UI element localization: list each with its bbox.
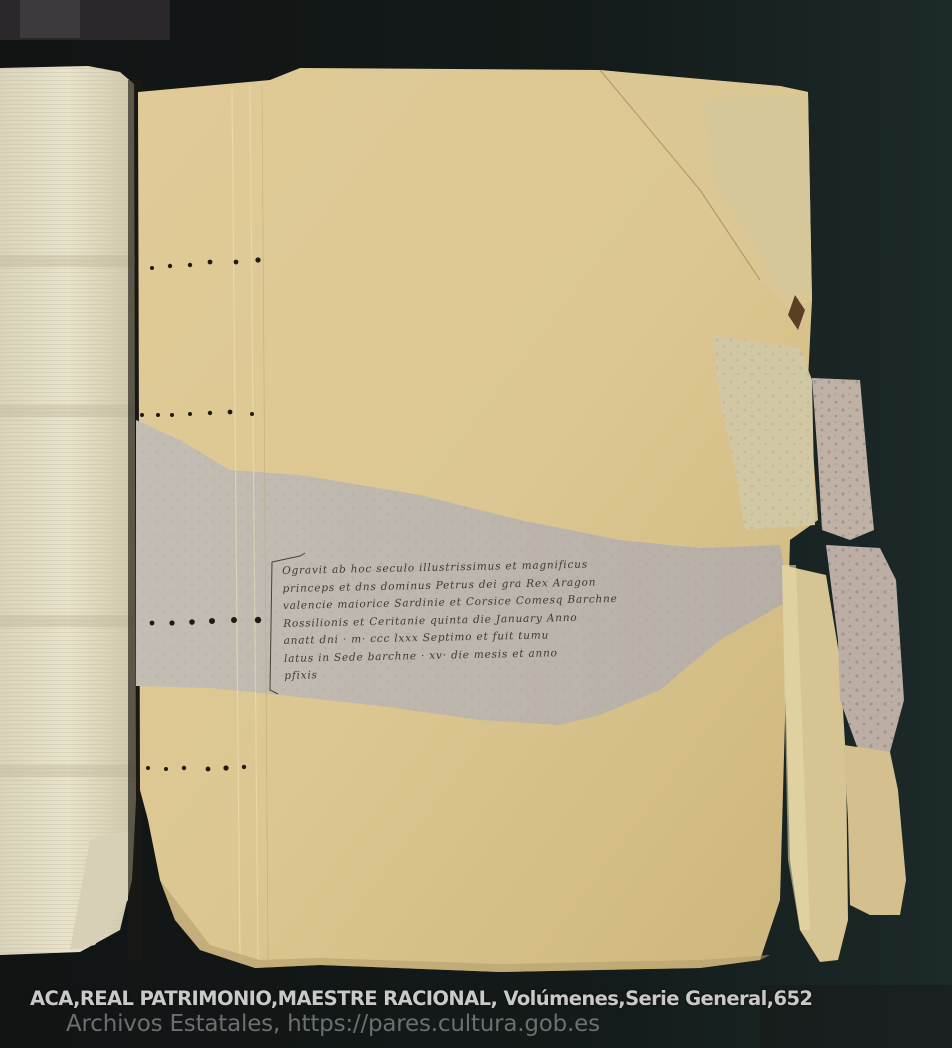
manuscript-illustration (0, 0, 952, 1048)
manuscript-photo (0, 0, 952, 1048)
caption: ACA,REAL PATRIMONIO,MAESTRE RACIONAL, Vo… (0, 985, 952, 1048)
archive-reference: ACA,REAL PATRIMONIO,MAESTRE RACIONAL, Vo… (30, 987, 812, 1010)
archive-source-watermark: Archivos Estatales, https://pares.cultur… (66, 1011, 600, 1037)
handwritten-note: Ogravit ab hoc seculo illustrissimus et … (282, 555, 644, 685)
